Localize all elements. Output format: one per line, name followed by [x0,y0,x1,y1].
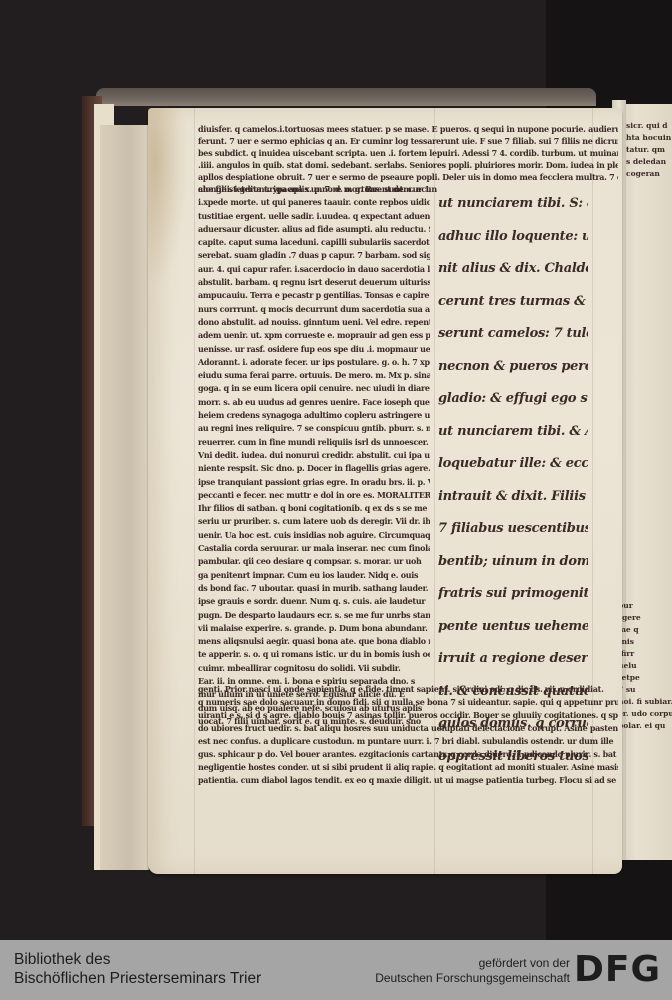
funding-line2: Deutschen Forschungsgemeinschaft [375,971,570,986]
text-gloss-column: che filii. i.gdita uriga aplis unnore mo… [198,183,430,728]
flyleaf [100,125,149,870]
library-name: Bibliothek des Bischöflichen Priestersem… [14,950,261,988]
facing-page-text-top: sicr. qui d hta hocuin tatur. qm s deled… [626,120,672,180]
text-full-width-bottom: genti. Prior nasci ui onde sapientia. q … [198,683,618,787]
water-stain [148,108,188,288]
funding-credit: gefördert von der Deutschen Forschungsge… [375,956,570,986]
dfg-logo-icon: DFG [574,953,664,987]
funding-line1: gefördert von der [375,956,570,971]
ruling-line [194,108,195,874]
library-name-line1: Bibliothek des [14,950,261,969]
manuscript-scan: sicr. qui d hta hocuin tatur. qm s deled… [0,0,672,940]
facing-page-text-bottom: bur rgere me q tnis ifirr uelu tetpe 7 s… [618,600,672,732]
facing-page [620,104,672,860]
book-binding-top [96,88,596,106]
manuscript-page: diuisfer. q camelos.i.tortuosas mees sta… [148,108,622,874]
library-name-line2: Bischöflichen Priesterseminars Trier [14,969,261,988]
institution-footer: Bibliothek des Bischöflichen Priestersem… [0,940,672,1000]
